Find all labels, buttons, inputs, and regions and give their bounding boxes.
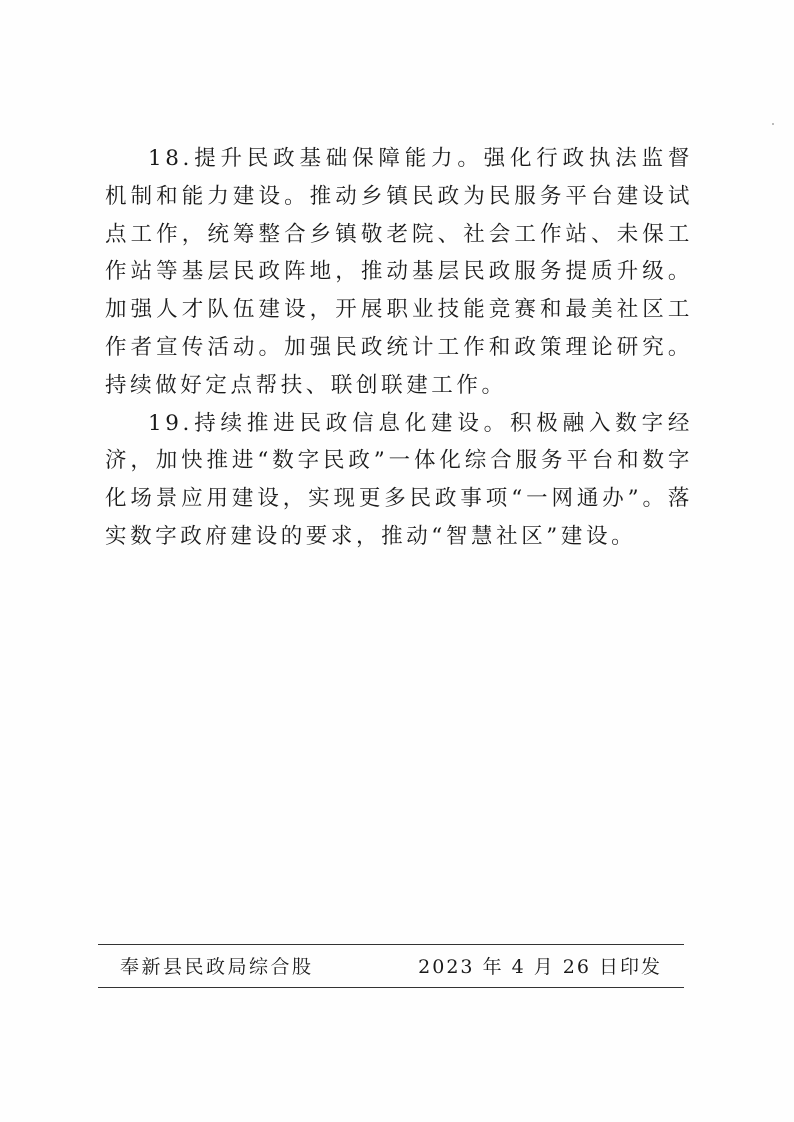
footer-bottom-rule bbox=[98, 987, 684, 988]
scan-speck bbox=[772, 123, 774, 125]
document-body: 18.提升民政基础保障能力。强化行政执法监督机制和能力建设。推动乡镇民政为民服务… bbox=[105, 140, 693, 556]
issuer-name: 奉新县民政局综合股 bbox=[120, 952, 314, 982]
issuance-footer: 奉新县民政局综合股 2023 年 4 月 26 日印发 bbox=[98, 952, 684, 982]
issue-date: 2023 年 4 月 26 日印发 bbox=[418, 952, 662, 982]
paragraph-19: 19.持续推进民政信息化建设。积极融入数字经济，加快推进“数字民政”一体化综合服… bbox=[105, 405, 693, 556]
paragraph-18: 18.提升民政基础保障能力。强化行政执法监督机制和能力建设。推动乡镇民政为民服务… bbox=[105, 140, 693, 405]
footer-top-rule bbox=[98, 944, 684, 945]
document-page: 18.提升民政基础保障能力。强化行政执法监督机制和能力建设。推动乡镇民政为民服务… bbox=[0, 0, 794, 1122]
